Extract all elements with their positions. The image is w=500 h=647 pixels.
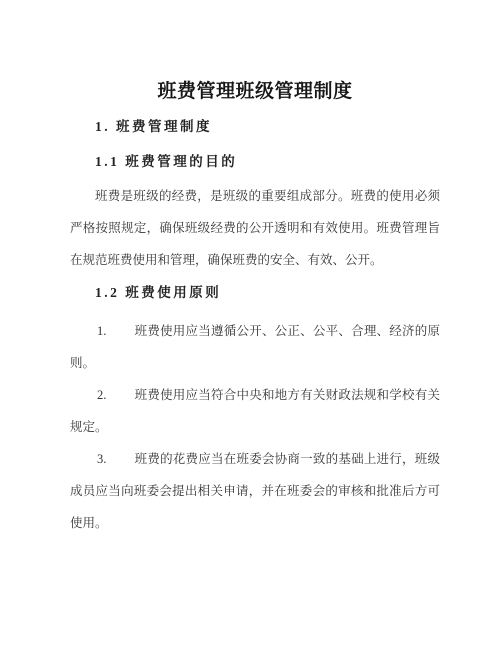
list-item-2: 2.班费使用应当符合中央和地方有关财政法规和学校有关规定。 bbox=[70, 379, 440, 443]
document-page: 班费管理班级管理制度 1. 班费管理制度 1.1 班费管理的目的 班费是班级的经… bbox=[0, 0, 500, 647]
list-item-2-text: 班费使用应当符合中央和地方有关财政法规和学校有关规定。 bbox=[70, 388, 440, 434]
list-item-1: 1.班费使用应当遵循公开、公正、公平、合理、经济的原则。 bbox=[70, 315, 440, 379]
paragraph-purpose: 班费是班级的经费，是班级的重要组成部分。班费的使用必须严格按照规定，确保班级经费… bbox=[70, 180, 440, 276]
list-item-3: 3.班费的花费应当在班委会协商一致的基础上进行，班级成员应当向班委会提出相关申请… bbox=[70, 443, 440, 539]
heading-1: 1. 班费管理制度 bbox=[95, 118, 440, 136]
list-item-3-number: 3. bbox=[97, 452, 106, 466]
list-item-2-number: 2. bbox=[97, 388, 106, 402]
heading-1-2: 1.2 班费使用原则 bbox=[95, 284, 440, 302]
heading-1-1: 1.1 班费管理的目的 bbox=[95, 153, 440, 171]
list-item-1-number: 1. bbox=[97, 324, 106, 338]
list-item-1-text: 班费使用应当遵循公开、公正、公平、合理、经济的原则。 bbox=[70, 324, 440, 370]
list-item-3-text: 班费的花费应当在班委会协商一致的基础上进行，班级成员应当向班委会提出相关申请，并… bbox=[70, 452, 440, 530]
doc-title: 班费管理班级管理制度 bbox=[70, 80, 440, 104]
